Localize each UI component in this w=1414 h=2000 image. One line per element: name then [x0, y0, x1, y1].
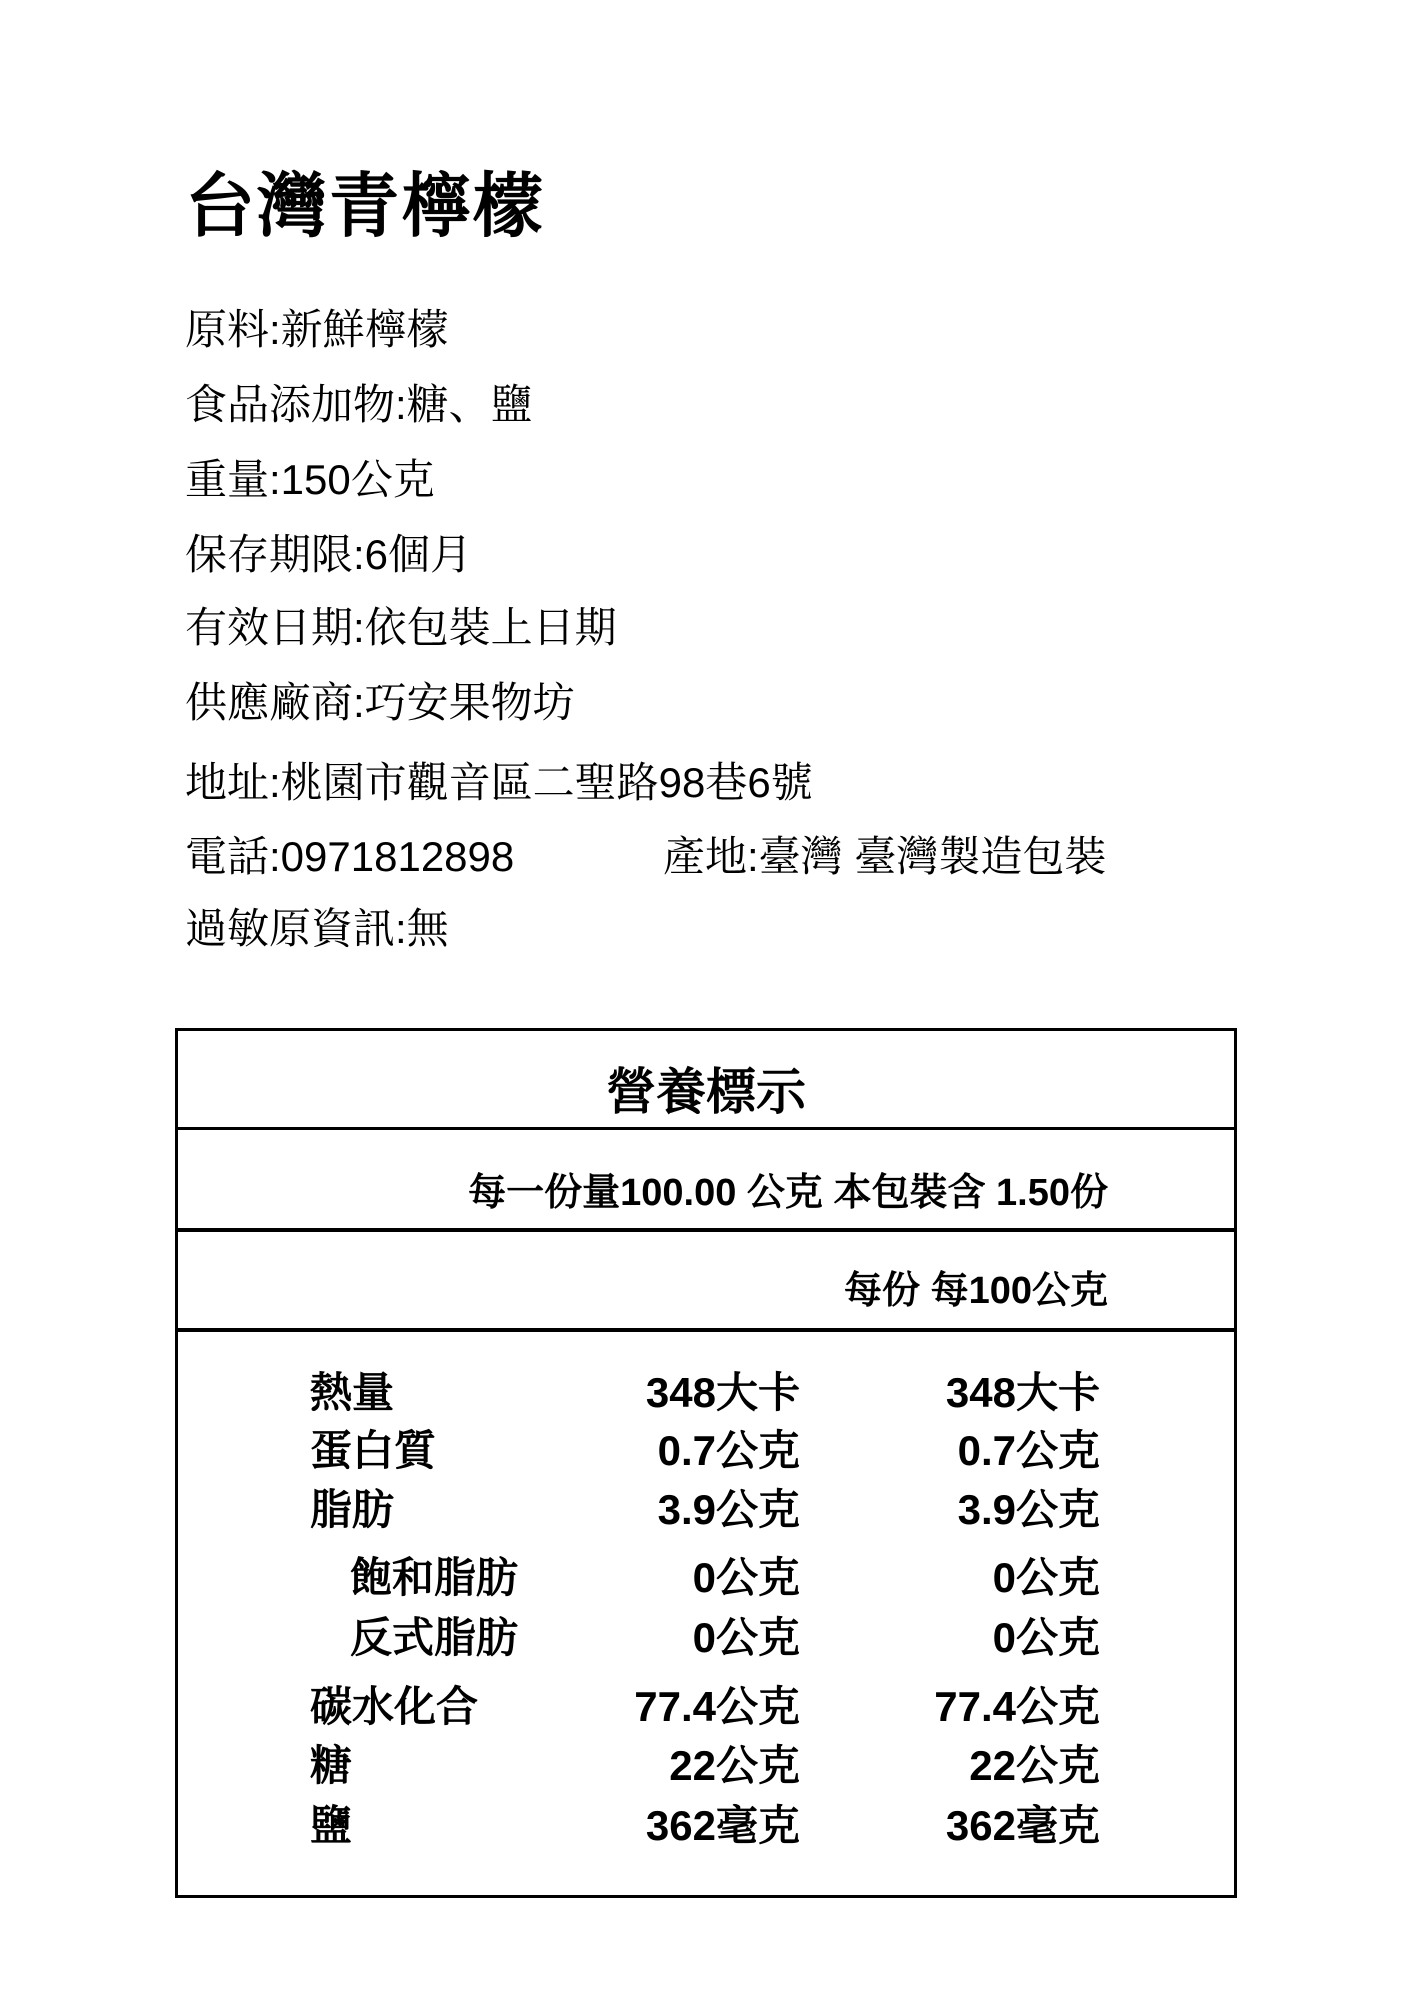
- row-label: 鹽: [310, 1804, 352, 1848]
- row-per-100g: 0公克: [993, 1556, 1100, 1600]
- row-label: 蛋白質: [310, 1429, 436, 1473]
- serving-size-line: 每一份量100.00 公克 本包裝含 1.50份: [468, 1161, 1108, 1216]
- info-line-address: 地址:桃園市觀音區二聖路98巷6號: [185, 759, 813, 807]
- row-label: 飽和脂肪: [350, 1556, 518, 1600]
- row-per-100g: 3.9公克: [958, 1488, 1100, 1532]
- phone-text: 電話:0971812898: [185, 833, 514, 880]
- nutrition-row-carbohydrate: 碳水化合 77.4公克 77.4公克: [178, 1685, 1234, 1729]
- row-per-100g: 77.4公克: [934, 1685, 1100, 1729]
- row-per-serving: 348大卡: [646, 1371, 800, 1415]
- nutrition-row-saturated-fat: 飽和脂肪 0公克 0公克: [178, 1556, 1234, 1600]
- info-line-allergen: 過敏原資訊:無: [185, 905, 449, 953]
- nutrition-row-protein: 蛋白質 0.7公克 0.7公克: [178, 1429, 1234, 1473]
- row-per-100g: 0.7公克: [958, 1429, 1100, 1473]
- row-per-serving: 3.9公克: [658, 1488, 800, 1532]
- info-line-shelf-life: 保存期限:6個月: [185, 531, 472, 579]
- info-line-supplier: 供應廠商:巧安果物坊: [185, 679, 575, 727]
- row-per-serving: 0.7公克: [658, 1429, 800, 1473]
- row-label: 熱量: [310, 1371, 394, 1415]
- info-line-additives: 食品添加物:糖、鹽: [185, 381, 533, 429]
- divider-below-columns-header: [178, 1328, 1234, 1332]
- nutrition-row-sodium: 鹽 362毫克 362毫克: [178, 1804, 1234, 1848]
- row-per-serving: 77.4公克: [634, 1685, 800, 1729]
- row-per-100g: 362毫克: [946, 1804, 1100, 1848]
- info-line-phone-origin: 電話:0971812898 產地:臺灣 臺灣製造包裝: [185, 833, 514, 881]
- row-per-serving: 22公克: [669, 1744, 800, 1788]
- row-label: 糖: [310, 1744, 352, 1788]
- row-label: 脂肪: [310, 1488, 394, 1532]
- row-per-serving: 0公克: [693, 1556, 800, 1600]
- row-label: 碳水化合: [310, 1685, 478, 1729]
- nutrition-facts-box: 營養標示 每一份量100.00 公克 本包裝含 1.50份 每份 每100公克 …: [175, 1028, 1237, 1898]
- info-line-ingredients: 原料:新鮮檸檬: [185, 306, 449, 354]
- row-per-100g: 0公克: [993, 1616, 1100, 1660]
- row-per-100g: 348大卡: [946, 1371, 1100, 1415]
- nutrition-row-sugar: 糖 22公克 22公克: [178, 1744, 1234, 1788]
- row-per-100g: 22公克: [969, 1744, 1100, 1788]
- row-per-serving: 0公克: [693, 1616, 800, 1660]
- nutrition-row-calories: 熱量 348大卡 348大卡: [178, 1371, 1234, 1415]
- page-title: 台灣青檸檬: [185, 150, 545, 251]
- info-line-weight: 重量:150公克: [185, 456, 435, 504]
- nutrition-title: 營養標示: [178, 1052, 1234, 1124]
- product-label-page: 台灣青檸檬 原料:新鮮檸檬 食品添加物:糖、鹽 重量:150公克 保存期限:6個…: [0, 0, 1414, 2000]
- columns-header: 每份 每100公克: [844, 1259, 1108, 1314]
- info-line-expiry: 有效日期:依包裝上日期: [185, 604, 617, 652]
- row-label: 反式脂肪: [350, 1616, 518, 1660]
- nutrition-row-fat: 脂肪 3.9公克 3.9公克: [178, 1488, 1234, 1532]
- origin-text: 產地:臺灣 臺灣製造包裝: [663, 833, 1106, 881]
- divider-below-title: [178, 1127, 1234, 1130]
- row-per-serving: 362毫克: [646, 1804, 800, 1848]
- divider-below-serving: [178, 1228, 1234, 1232]
- nutrition-row-trans-fat: 反式脂肪 0公克 0公克: [178, 1616, 1234, 1660]
